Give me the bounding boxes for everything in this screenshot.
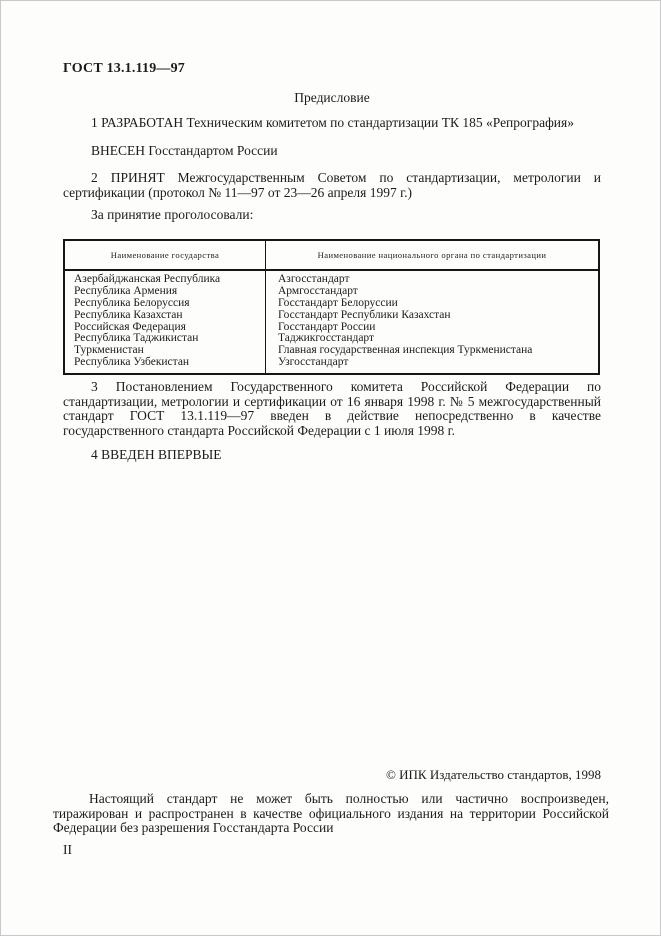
preface-title: Предисловие xyxy=(63,90,601,106)
clause-first-time: 4 ВВЕДЕН ВПЕРВЫЕ xyxy=(63,448,601,463)
vote-table-header-state: Наименование государства xyxy=(65,241,266,269)
vote-table: Наименование государства Наименование на… xyxy=(63,239,600,375)
table-cell-state: Республика Узбекистан xyxy=(65,357,265,369)
page-number: II xyxy=(63,842,72,858)
clause-enacted: 3 Постановлением Государственного комите… xyxy=(63,380,601,438)
copyright-line: © ИПК Издательство стандартов, 1998 xyxy=(63,767,601,783)
document-code: ГОСТ 13.1.119—97 xyxy=(63,61,185,77)
table-cell-agency: Госстандарт Белоруссии xyxy=(266,298,598,310)
vote-table-body: Азербайджанская Республика Республика Ар… xyxy=(65,271,598,373)
reproduction-notice: Настоящий стандарт не может быть полност… xyxy=(53,792,609,836)
vote-table-agency-column: Азгосстандарт Армгосстандарт Госстандарт… xyxy=(266,271,598,373)
table-cell-state: Республика Казахстан xyxy=(65,310,265,322)
table-cell-state: Республика Армения xyxy=(65,286,265,298)
table-cell-agency: Армгосстандарт xyxy=(266,286,598,298)
table-cell-agency: Узгосстандарт xyxy=(266,357,598,369)
clause-developed: 1 РАЗРАБОТАН Техническим комитетом по ст… xyxy=(63,116,601,131)
vote-table-state-column: Азербайджанская Республика Республика Ар… xyxy=(65,271,266,373)
vote-table-header-agency: Наименование национального органа по ста… xyxy=(266,241,598,269)
table-cell-state: Республика Белоруссия xyxy=(65,298,265,310)
clause-submitted: ВНЕСЕН Госстандартом России xyxy=(63,144,601,159)
vote-table-header-row: Наименование государства Наименование на… xyxy=(65,241,598,271)
clause-adopted: 2 ПРИНЯТ Межгосударственным Советом по с… xyxy=(63,171,601,200)
vote-intro: За принятие проголосовали: xyxy=(63,208,601,223)
table-cell-agency: Госстандарт Республики Казахстан xyxy=(266,310,598,322)
document-page: ГОСТ 13.1.119—97 Предисловие 1 РАЗРАБОТА… xyxy=(0,0,661,936)
